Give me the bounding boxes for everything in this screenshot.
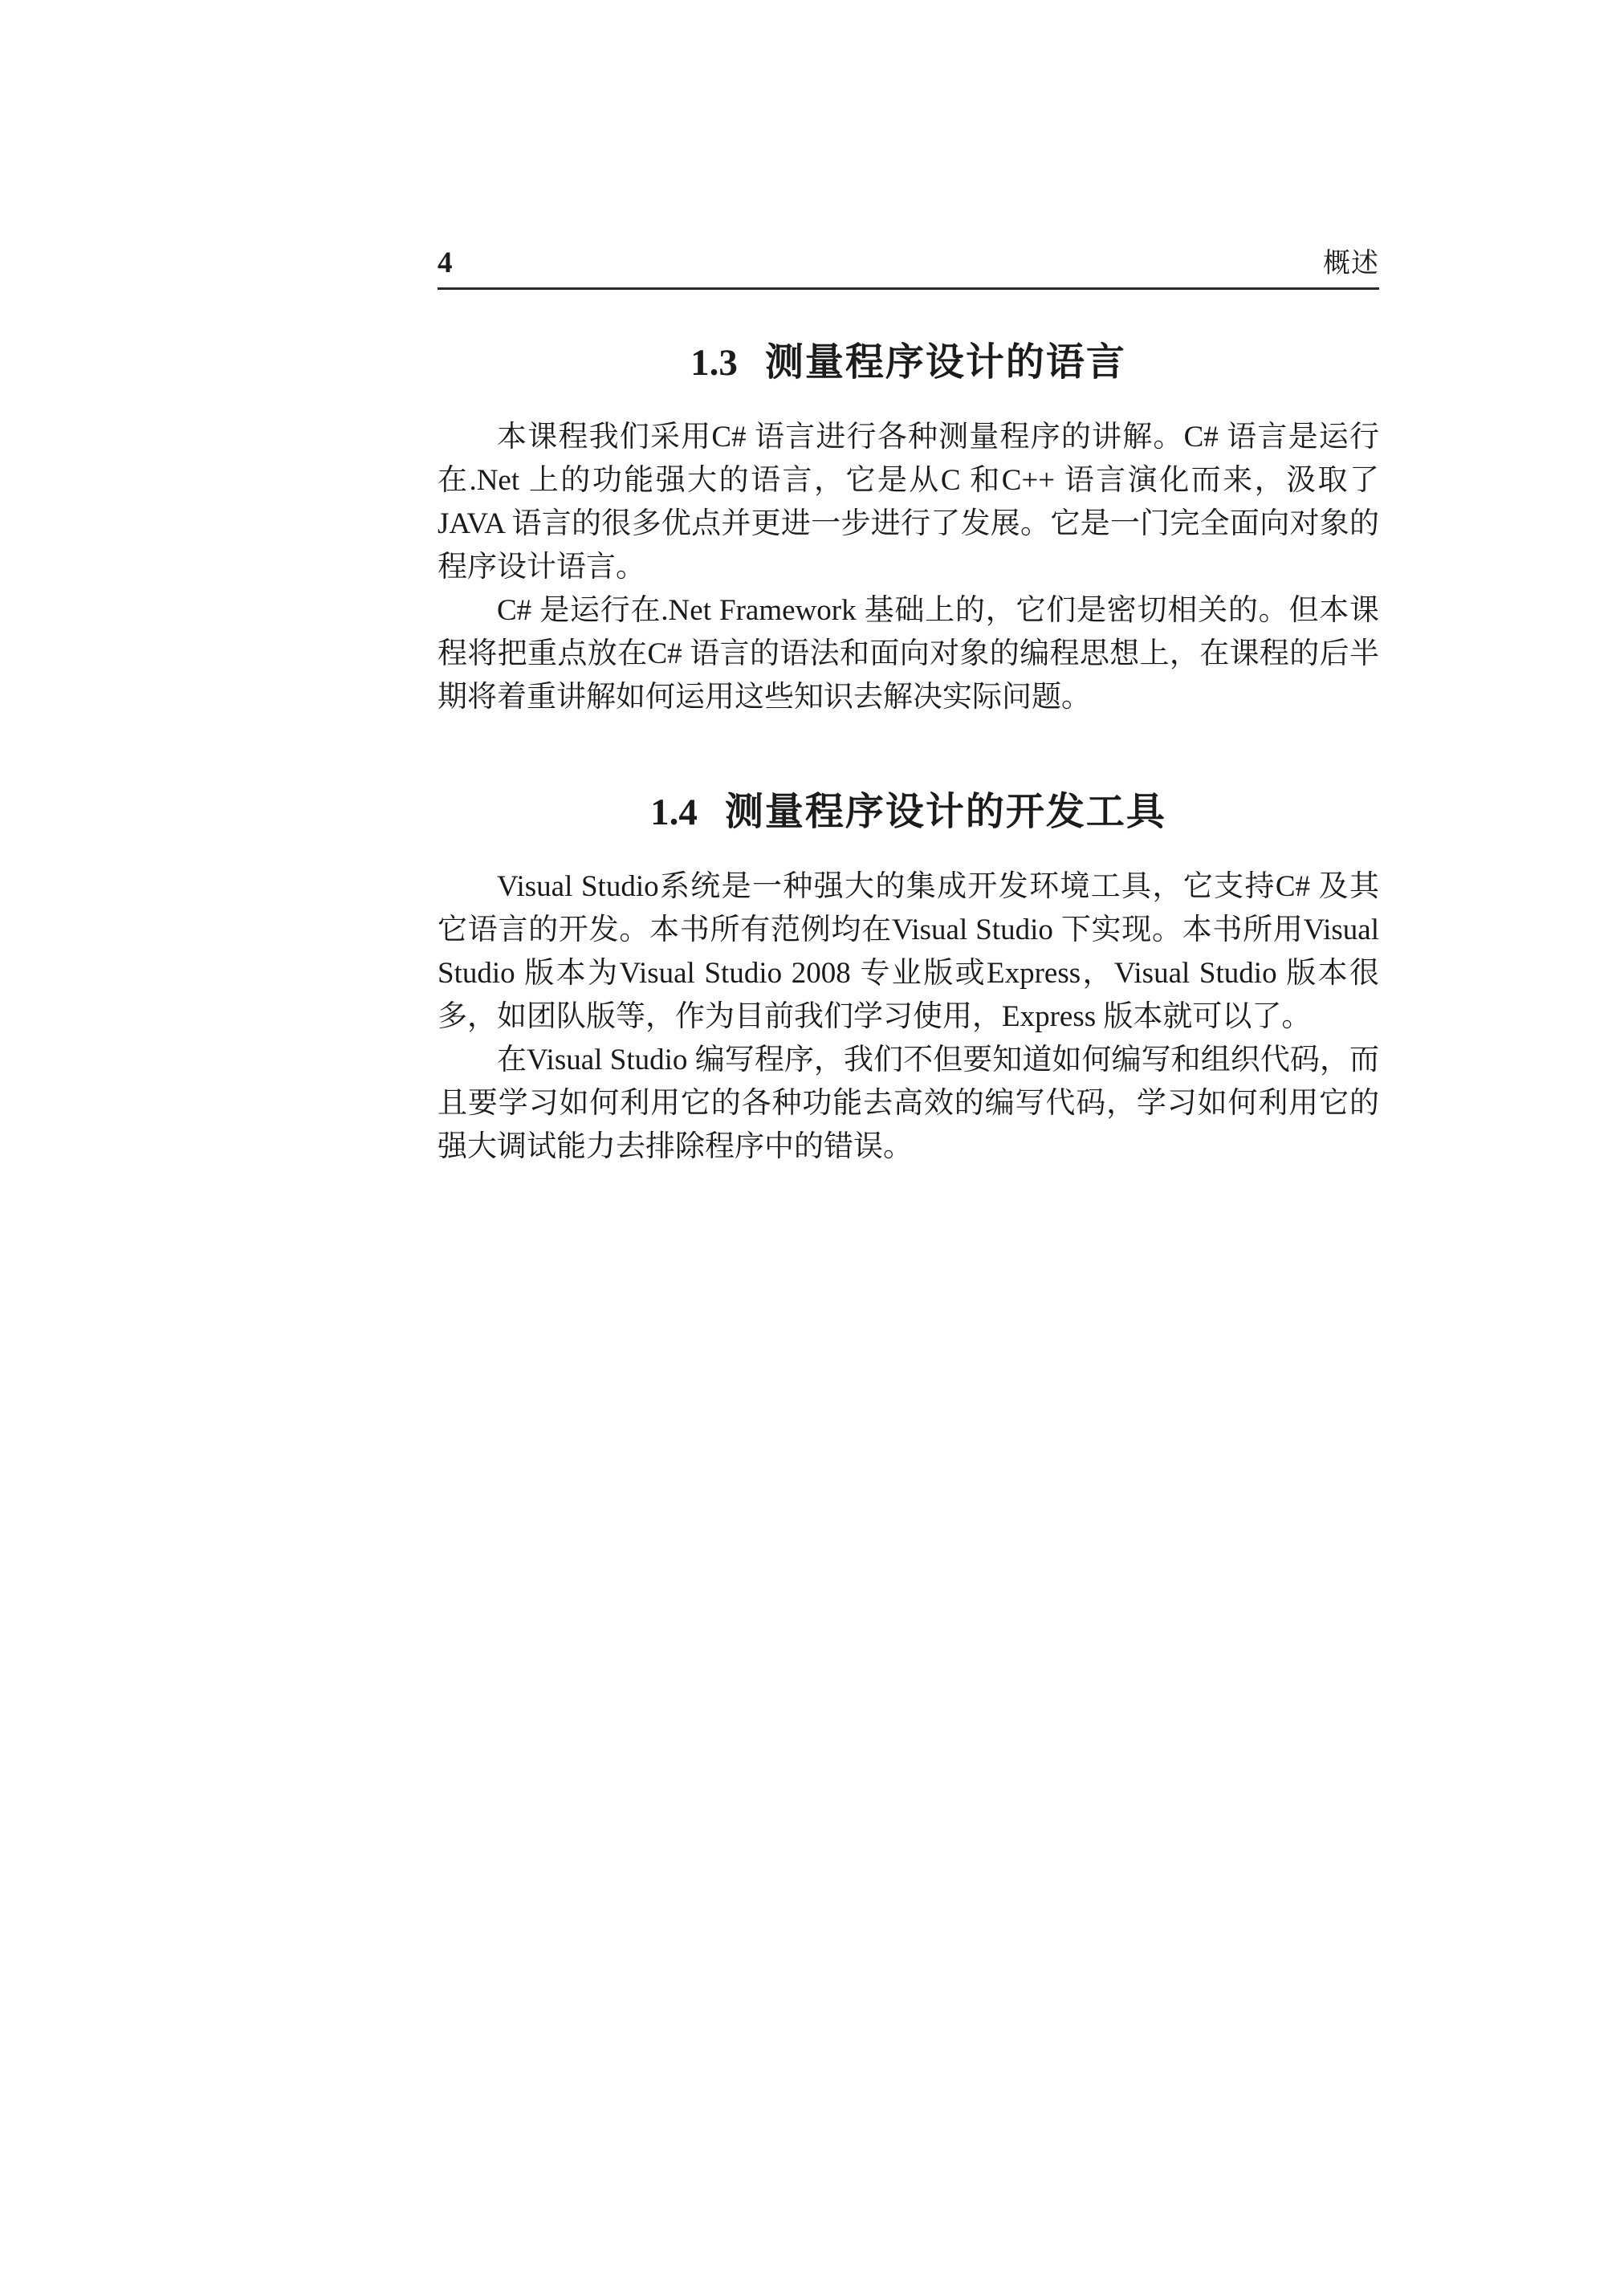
section-1-3-body: 本课程我们采用C# 语言进行各种测量程序的讲解。C# 语言是运行在.Net 上的… <box>438 416 1379 719</box>
document-page: 4 概述 1.3测量程序设计的语言 本课程我们采用C# 语言进行各种测量程序的讲… <box>0 0 1624 2295</box>
section-heading-1-3: 1.3测量程序设计的语言 <box>438 331 1379 386</box>
header-rule <box>438 287 1379 290</box>
paragraph: Visual Studio系统是一种强大的集成开发环境工具，它支持C# 及其它语… <box>438 865 1379 1039</box>
section-1-4-body: Visual Studio系统是一种强大的集成开发环境工具，它支持C# 及其它语… <box>438 865 1379 1169</box>
page-number: 4 <box>438 246 453 281</box>
section-number: 1.3 <box>690 342 738 384</box>
section-title: 测量程序设计的开发工具 <box>725 791 1166 833</box>
paragraph: C# 是运行在.Net Framework 基础上的，它们是密切相关的。但本课程… <box>438 589 1379 719</box>
section-title: 测量程序设计的语言 <box>765 341 1126 384</box>
paragraph: 在Visual Studio 编写程序，我们不但要知道如何编写和组织代码，而且要… <box>438 1039 1379 1169</box>
paragraph: 本课程我们采用C# 语言进行各种测量程序的讲解。C# 语言是运行在.Net 上的… <box>438 416 1379 589</box>
running-header-title: 概述 <box>1323 246 1379 281</box>
section-heading-1-4: 1.4测量程序设计的开发工具 <box>438 780 1379 836</box>
section-number: 1.4 <box>650 791 698 833</box>
running-header: 4 概述 <box>438 246 1379 281</box>
